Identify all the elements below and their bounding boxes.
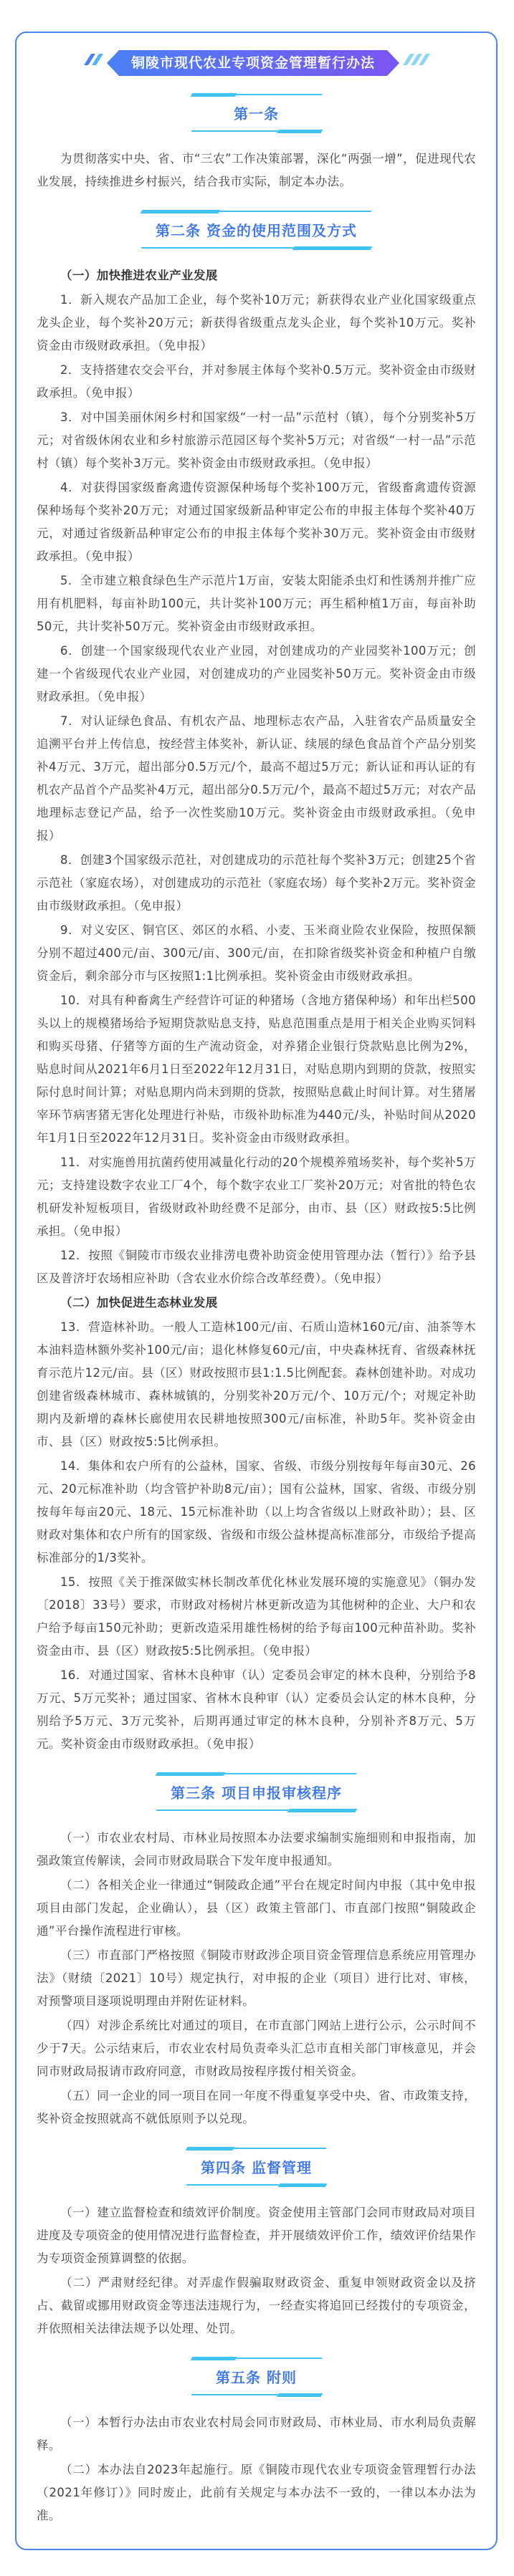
paragraph: 13．营造林补助。一般人工造林100元/亩、石质山造林160元/亩、油茶等木本油… [37,1316,476,1453]
decor-bar-icon [186,2147,235,2150]
paragraph: （三）市直部门严格按照《铜陵市财政涉企项目资金管理信息系统应用管理办法》（财绩〔… [37,1944,476,2013]
paragraph: 15．按照《关于推深做实林长制改革优化林业发展环境的实施意见》（铜办发〔2018… [37,1571,476,1663]
heading-decor-bottom [156,1808,356,1812]
paragraph: （一）加快推进农业产业发展 [37,264,476,287]
paragraph: （二）严肃财经纪律。对弄虚作假骗取财政资金、重复申领财政资金以及挤占、截留或挪用… [37,2272,476,2340]
document-section: 第三条 项目申报审核程序 （一）市农业农村局、市林业局按照本办法要求编制实施细则… [37,1772,476,2130]
document-title-badge: 铜陵市现代农业专项资金管理暂行办法 [107,50,399,76]
section-heading-inner: 第四条 监督管理 [198,2146,315,2187]
section-heading: 第二条 资金的使用范围及方式 [37,209,476,251]
decor-line-icon [156,1810,288,1811]
paragraph: 12．按照《铜陵市市级农业排涝电费补助资金使用管理办法（暂行）》给予县区及普济圩… [37,1244,476,1290]
section-paragraphs: （一）加快推进农业产业发展 1．新入规农产品加工企业，每个奖补10万元；新获得农… [37,264,476,1756]
decor-bar-icon [276,2393,323,2397]
paragraph: （五）同一企业的同一项目在同一年度不得重复享受中央、省、市政策支持，奖补资金按照… [37,2085,476,2130]
left-slashes-icon [87,54,100,65]
paragraph: 为贯彻落实中央、省、市“三农”工作决策部署，深化“两强一增”，促进现代农业发展，… [37,148,476,193]
document-section: 第四条 监督管理 （一）建立监督检查和绩效评价制度。资金使用主管部门会同市财政局… [37,2146,476,2340]
paragraph: （一）市农业农村局、市林业局按照本办法要求编制实施细则和申报指南，加强政策宣传解… [37,1827,476,1873]
section-heading: 第四条 监督管理 [37,2146,476,2188]
paragraph: 16．对通过国家、省林木良种审（认）定委员会审定的林木良种，分别给予8万元、5万… [37,1664,476,1756]
decor-bar-icon [292,246,372,250]
paragraph: 10．对具有种畜禽生产经营许可证的种猪场（含地方猪保种场）和年出栏500头以上的… [37,989,476,1150]
decor-bar-icon [276,130,323,133]
title-badge-row: 铜陵市现代农业专项资金管理暂行办法 [0,50,514,76]
decor-bar-icon [190,2357,237,2360]
paragraph: 9．对义安区、铜官区、郊区的水稻、小麦、玉米商业险农业保险，按照保额分别不超过4… [37,919,476,988]
decor-bar-icon [287,1809,358,1812]
section-heading-text: 第三条 项目申报审核程序 [168,1776,345,1808]
paragraph: 7．对认证绿色食品、有机农产品、地理标志农产品，入驻省农产品质量安全追溯平台并上… [37,710,476,847]
decor-line-icon [235,94,321,95]
section-heading-text: 第二条 资金的使用范围及方式 [153,213,360,246]
paragraph: （二）加快促进生态林业发展 [37,1292,476,1315]
paragraph: （二）各相关企业一律通过“铜陵政企通”平台在规定时间内申报（其中免申报项目由部门… [37,1874,476,1943]
decor-line-icon [191,130,277,132]
paragraph: 3．对中国美丽休闲乡村和国家级“一村一品”示范村（镇），每个分别奖补5万元；对省… [37,406,476,475]
paragraph: 2．支持搭建农交会平台，并对参展主体每个奖补0.5万元。奖补资金由市级财政承担。… [37,359,476,405]
page: 铜陵市现代农业专项资金管理暂行办法 (2023年修订) 第一条 [0,32,514,2550]
heading-decor-bottom [141,246,371,250]
document-card: (2023年修订) 第一条 为贯彻落实中央、省、市“三农”工作决策部署，深化“两… [15,32,498,2550]
decor-line-icon [186,2184,279,2186]
decor-bar-icon [277,2183,327,2187]
paragraph: 1．新入规农产品加工企业，每个奖补10万元；新获得农业产业化国家级重点龙头企业，… [37,289,476,357]
document-body: 第一条 为贯彻落实中央、省、市“三农”工作决策部署，深化“两强一增”，促进现代农… [37,92,476,2527]
decor-bar-icon [156,1772,226,1776]
section-heading-text: 第五条 附则 [203,2360,310,2393]
paragraph: 6．创建一个国家级现代农业产业园，对创建成功的产业园奖补100万元；创建一个省级… [37,640,476,708]
section-heading-text: 第四条 监督管理 [198,2150,315,2183]
section-heading-inner: 第五条 附则 [203,2356,310,2397]
section-paragraphs: （一）建立监督检查和绩效评价制度。资金使用主管部门会同市财政局对项目进度及专项资… [37,2201,476,2340]
section-paragraphs: 为贯彻落实中央、省、市“三农”工作决策部署，深化“两强一增”，促进现代农业发展，… [37,148,476,193]
heading-decor-bottom [186,2183,326,2187]
right-slashes-icon [406,54,427,65]
document-section: 第二条 资金的使用范围及方式 （一）加快推进农业产业发展 1．新入规农产品加工企… [37,209,476,1756]
section-heading: 第三条 项目申报审核程序 [37,1772,476,1814]
paragraph: 5．全市建立粮食绿色生产示范片1万亩，安装太阳能杀虫灯和性诱剂并推广应用有机肥料… [37,569,476,638]
decor-line-icon [224,1773,356,1774]
section-heading-inner: 第三条 项目申报审核程序 [168,1772,345,1812]
section-heading-text: 第一条 [203,97,310,129]
section-heading: 第五条 附则 [37,2356,476,2398]
paragraph: 14．集体和农户所有的公益林，国家、省级、市级分别按每年每亩30元、26元、20… [37,1455,476,1570]
paragraph: （一）本暂行办法由市农业农村局会同市财政局、市林业局、市水利局负责解释。 [37,2411,476,2457]
paragraph: 11．对实施兽用抗菌药使用减量化行动的20个规模养殖场奖补，每个奖补5万元；支持… [37,1151,476,1243]
paragraph: （一）建立监督检查和绩效评价制度。资金使用主管部门会同市财政局对项目进度及专项资… [37,2201,476,2270]
decor-line-icon [235,2358,321,2359]
heading-decor-bottom [191,2393,322,2397]
section-heading-inner: 第一条 [203,92,310,133]
decor-bar-icon [141,210,221,213]
document-section: 第一条 为贯彻落实中央、省、市“三农”工作决策部署，深化“两强一增”，促进现代农… [37,92,476,193]
decor-bar-icon [190,93,237,97]
paragraph: （四）对涉企系统比对通过的项目，在市直部门网站上进行公示，公示时间不少于7天。公… [37,2014,476,2083]
section-heading: 第一条 [37,92,476,135]
section-heading-inner: 第二条 资金的使用范围及方式 [153,209,360,250]
decor-line-icon [191,2394,277,2395]
document-section: 第五条 附则 （一）本暂行办法由市农业农村局会同市财政局、市林业局、市水利局负责… [37,2356,476,2527]
section-paragraphs: （一）市农业农村局、市林业局按照本办法要求编制实施细则和申报指南，加强政策宣传解… [37,1827,476,2130]
heading-decor-bottom [191,129,322,133]
paragraph: 8．创建3个国家级示范社，对创建成功的示范社每个奖补3万元；创建25个省示范社（… [37,849,476,918]
paragraph: 4．对获得国家级畜禽遗传资源保种场每个奖补100万元，省级畜禽遗传资源保种场每个… [37,476,476,568]
section-paragraphs: （一）本暂行办法由市农业农村局会同市财政局、市林业局、市水利局负责解释。 （二）… [37,2411,476,2527]
decor-line-icon [141,247,293,249]
decor-line-icon [219,211,371,212]
paragraph: （二）本办法自2023年起施行。原《铜陵市现代农业专项资金管理暂行办法（2021… [37,2459,476,2527]
decor-line-icon [234,2148,326,2149]
